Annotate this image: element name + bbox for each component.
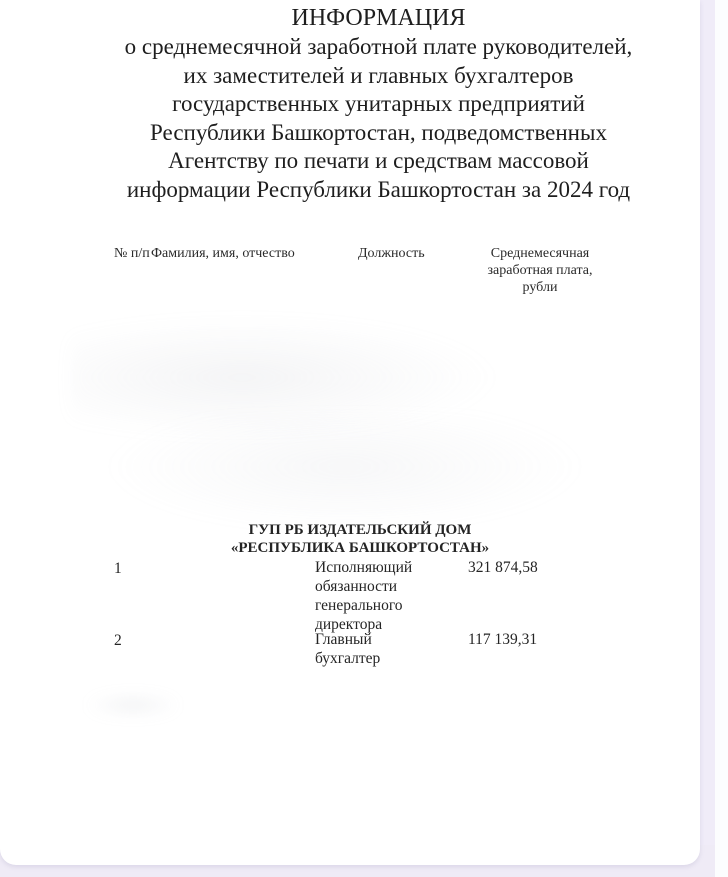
subtitle-line: о среднемесячной заработной плате руково… [56, 33, 701, 62]
row-position: Главный бухгалтер [315, 630, 435, 668]
org-section-header: ГУП РБ ИЗДАТЕЛЬСКИЙ ДОМ «РЕСПУБЛИКА БАШК… [160, 521, 560, 557]
subtitle-line: Агентству по печати и средствам массовой [56, 147, 701, 176]
subtitle-line: государственных унитарных предприятий [56, 90, 701, 119]
page-edge-sliver [715, 0, 728, 877]
row-salary: 321 874,58 [468, 558, 538, 577]
org-name-line: ГУП РБ ИЗДАТЕЛЬСКИЙ ДОМ [160, 521, 560, 539]
erased-area-smudge [88, 695, 178, 715]
row-salary: 117 139,31 [468, 630, 537, 649]
subtitle-line: Республики Башкортостан, подведомственны… [56, 119, 701, 148]
document-heading: ИНФОРМАЦИЯ о среднемесячной заработной п… [56, 4, 701, 204]
document-page: ИНФОРМАЦИЯ о среднемесячной заработной п… [0, 0, 700, 865]
row-position: Исполняющий обязанности генерального дир… [315, 558, 435, 634]
page-background-strip-right [700, 0, 715, 877]
erased-area-smudge [70, 315, 500, 440]
erased-area-smudge [110, 415, 580, 530]
column-header-position: Должность [358, 245, 425, 262]
column-header-name: Фамилия, имя, отчество [151, 245, 341, 262]
column-header-salary: Среднемесячная заработная плата, рубли [470, 245, 610, 296]
row-number: 1 [114, 559, 122, 578]
column-header-number: № п/п [114, 245, 156, 262]
org-name-line: «РЕСПУБЛИКА БАШКОРТОСТАН» [160, 539, 560, 557]
subtitle-line: информации Республики Башкортостан за 20… [56, 176, 701, 205]
row-number: 2 [114, 631, 122, 650]
subtitle-line: их заместителей и главных бухгалтеров [56, 62, 701, 91]
page-title: ИНФОРМАЦИЯ [56, 4, 701, 33]
